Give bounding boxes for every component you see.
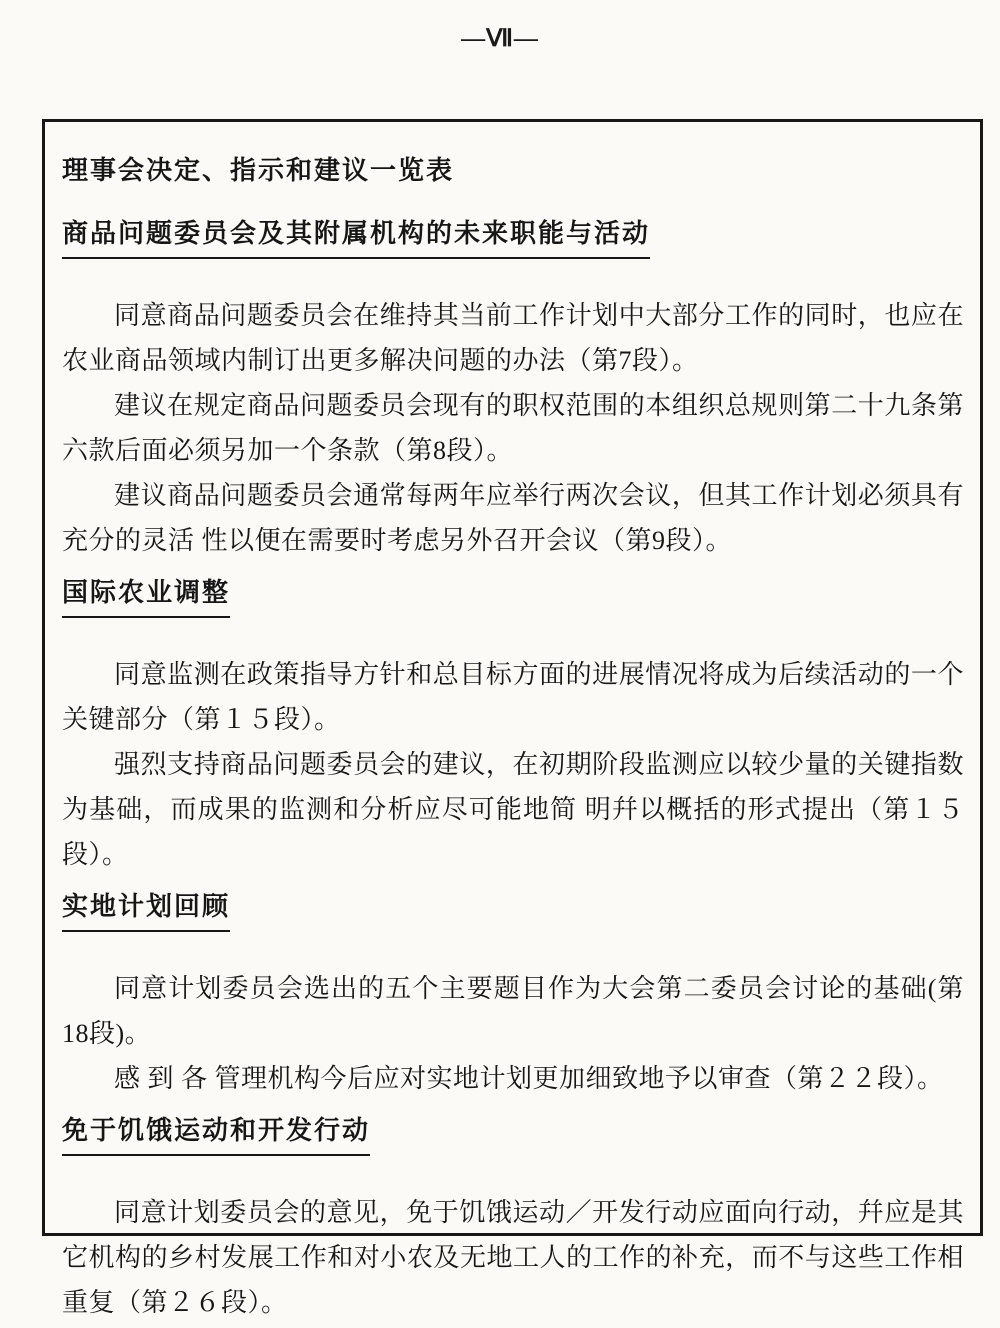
page-number: —Ⅶ— xyxy=(0,24,1000,53)
paragraph-commodity-1: 同意商品问题委员会在维持其当前工作计划中大部分工作的同时，也应在农业商品领域内制… xyxy=(62,293,964,383)
section-heading-ffhc-action: 免于饥饿运动和开发行动 xyxy=(62,1113,964,1156)
section-heading-text: 国际农业调整 xyxy=(62,575,230,618)
section-heading-text: 实地计划回顾 xyxy=(62,889,230,932)
document-title: 理事会决定、指示和建议一览表 xyxy=(62,152,964,190)
section-heading-intl-agri-adjustment: 国际农业调整 xyxy=(62,575,964,618)
paragraph-commodity-2: 建议在规定商品问题委员会现有的职权范围的本组织总规则第二十九条第六款后面必须另加… xyxy=(62,383,964,473)
section-heading-text: 免于饥饿运动和开发行动 xyxy=(62,1113,370,1156)
paragraph-field-1: 同意计划委员会选出的五个主要题目作为大会第二委员会讨论的基础(第18段)。 xyxy=(62,966,964,1056)
section-heading-text: 商品问题委员会及其附属机构的未来职能与活动 xyxy=(62,216,650,259)
section-heading-field-programme-review: 实地计划回顾 xyxy=(62,889,964,932)
paragraph-field-2: 感 到 各 管理机构今后应对实地计划更加细致地予以审查（第２２段）。 xyxy=(62,1056,964,1101)
paragraph-commodity-3: 建议商品问题委员会通常每两年应举行两次会议，但其工作计划必须具有充分的灵活 性以… xyxy=(62,473,964,563)
paragraph-ffhc-1: 同意计划委员会的意见，免于饥饿运动／开发行动应面向行动，幷应是其它机构的乡村发展… xyxy=(62,1190,964,1325)
content-box: 理事会决定、指示和建议一览表 商品问题委员会及其附属机构的未来职能与活动 同意商… xyxy=(42,119,983,1236)
paragraph-agri-2: 强烈支持商品问题委员会的建议，在初期阶段监测应以较少量的关键指数为基础，而成果的… xyxy=(62,742,964,877)
section-heading-commodity-committee: 商品问题委员会及其附属机构的未来职能与活动 xyxy=(62,216,964,259)
paragraph-agri-1: 同意监测在政策指导方针和总目标方面的进展情况将成为后续活动的一个关键部分（第１５… xyxy=(62,652,964,742)
